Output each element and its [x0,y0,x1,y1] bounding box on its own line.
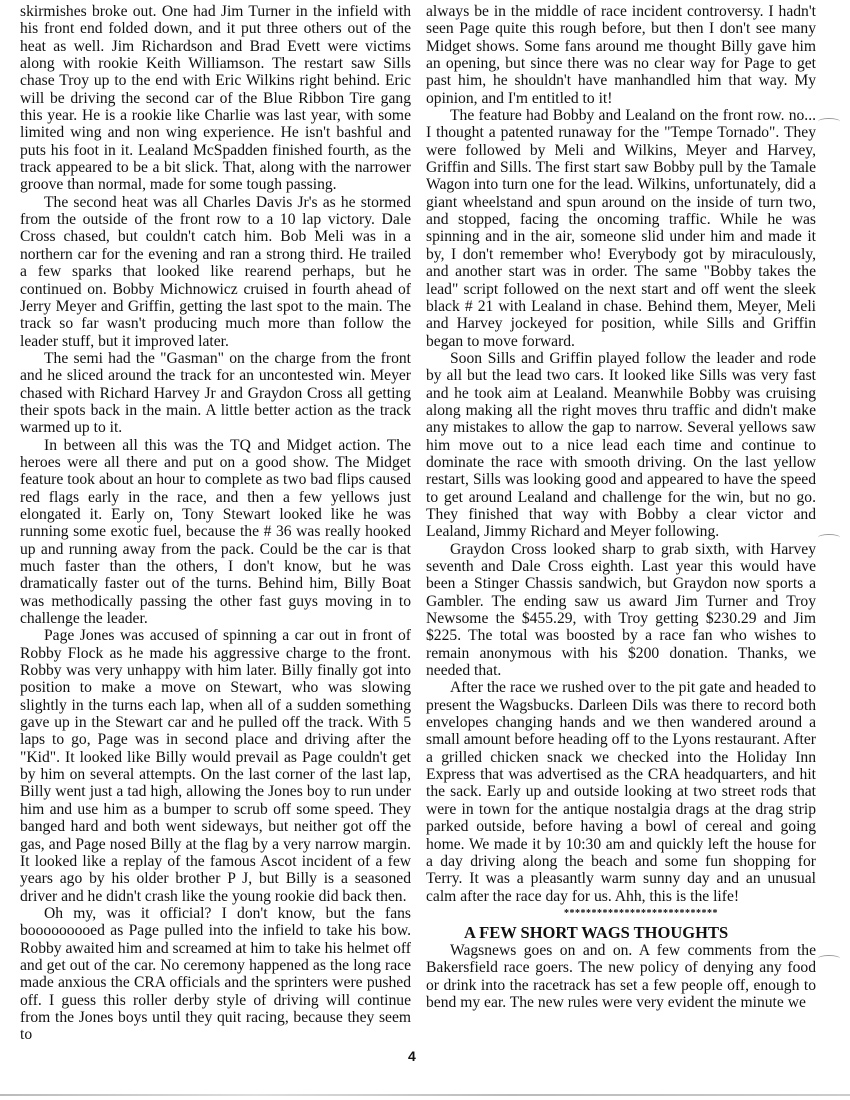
left-column: skirmishes broke out. One had Jim Turner… [20,3,411,1044]
paragraph: Oh my, was it official? I don't know, bu… [20,905,411,1044]
right-column: always be in the middle of race incident… [426,3,816,1011]
paragraph: Graydon Cross looked sharp to grab sixth… [426,541,816,680]
scan-artifact [818,118,840,125]
paragraph: After the race we rushed over to the pit… [426,679,816,904]
paragraph: The second heat was all Charles Davis Jr… [20,194,411,350]
paragraph: Page Jones was accused of spinning a car… [20,627,411,905]
scan-artifact [818,955,840,962]
scan-artifact [818,534,840,541]
paragraph: skirmishes broke out. One had Jim Turner… [20,3,411,194]
bottom-rule [0,1094,850,1096]
section-heading: A FEW SHORT WAGS THOUGHTS [426,923,816,942]
paragraph: In between all this was the TQ and Midge… [20,437,411,628]
section-separator: **************************** [426,905,816,922]
paragraph: Wagsnews goes on and on. A few comments … [426,942,816,1011]
paragraph: Soon Sills and Griffin played follow the… [426,350,816,541]
page-number: 4 [408,1048,416,1064]
paragraph: The semi had the "Gasman" on the charge … [20,350,411,437]
paragraph: The feature had Bobby and Lealand on the… [426,107,816,350]
paragraph: always be in the middle of race incident… [426,3,816,107]
